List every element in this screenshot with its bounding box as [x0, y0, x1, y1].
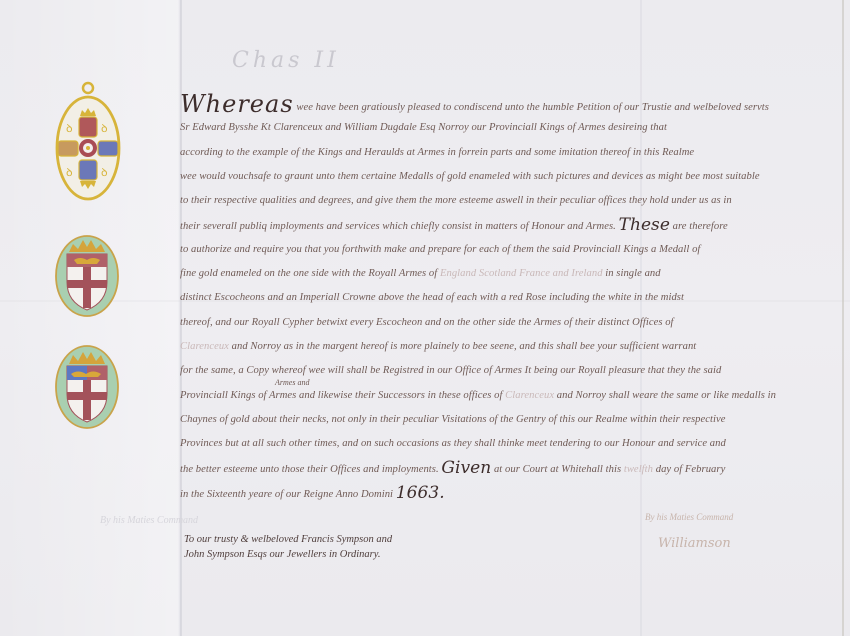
text-line: in the Sixteenth yeare of our Reigne Ann…	[180, 481, 845, 505]
manuscript-sheet: Chas II ꝺ ꝺ ꝺ ꝺ	[0, 0, 850, 636]
text-line: according to the example of the Kings an…	[180, 141, 845, 165]
offset-ghost-text: By his Maties Command	[100, 515, 198, 526]
clarenceux-arms-medal	[54, 234, 120, 318]
svg-text:ꝺ: ꝺ	[66, 166, 73, 179]
emphasis-given: Given	[441, 458, 491, 478]
text-line: Provinciall Kings of Armes and likewise …	[180, 384, 845, 408]
text-line: wee would vouchsafe to graunt unto them …	[180, 165, 845, 189]
svg-text:ꝺ: ꝺ	[66, 122, 73, 135]
text-line: their severall publiq imployments and se…	[180, 213, 845, 237]
text-line: thereof, and our Royall Cypher betwixt e…	[180, 311, 845, 335]
text-line: fine gold enameled on the one side with …	[180, 262, 845, 286]
faded-ink-text: England Scotland France and Ireland	[440, 268, 603, 279]
address-line: To our trusty & welbeloved Francis Symps…	[184, 532, 392, 547]
text-line: to authorize and require you that you fo…	[180, 238, 845, 262]
signature: Williamson	[658, 536, 731, 551]
address-block: To our trusty & welbeloved Francis Symps…	[184, 532, 392, 562]
svg-text:ꝺ: ꝺ	[101, 122, 108, 135]
text-line: the better esteeme unto those their Offi…	[180, 456, 845, 480]
text-line: to their respective qualities and degree…	[180, 189, 845, 213]
date-year: 1663.	[396, 483, 445, 503]
text-line: Provinces but at all such other times, a…	[180, 432, 845, 456]
faded-ink-text: Clarenceux	[180, 341, 229, 352]
emphasis-these: These	[619, 215, 670, 235]
warrant-body: Whereas wee have been gratiously pleased…	[180, 92, 845, 505]
faded-ink-text: twelfth	[624, 464, 653, 475]
text-line: Sr Edward Bysshe Kt Clarenceux and Willi…	[180, 116, 845, 140]
interlinear-insertion: Armes and	[275, 378, 309, 387]
text-line: Clarenceux and Norroy as in the margent …	[180, 335, 845, 359]
norroy-arms-medal	[54, 344, 120, 430]
svg-text:ꝺ: ꝺ	[101, 166, 108, 179]
address-line: John Sympson Esqs our Jewellers in Ordin…	[184, 547, 392, 562]
royal-arms-medal: ꝺ ꝺ ꝺ ꝺ	[52, 80, 124, 208]
text-line: Whereas wee have been gratiously pleased…	[180, 92, 845, 116]
initial-whereas: Whereas	[180, 90, 294, 118]
text-line: distinct Escocheons and an Imperiall Cro…	[180, 286, 845, 310]
countersign-line: By his Maties Command	[645, 512, 733, 522]
text-line: Chaynes of gold about their necks, not o…	[180, 408, 845, 432]
pencil-annotation: Chas II	[232, 48, 340, 73]
faded-ink-text: Clarenceux	[505, 390, 554, 401]
